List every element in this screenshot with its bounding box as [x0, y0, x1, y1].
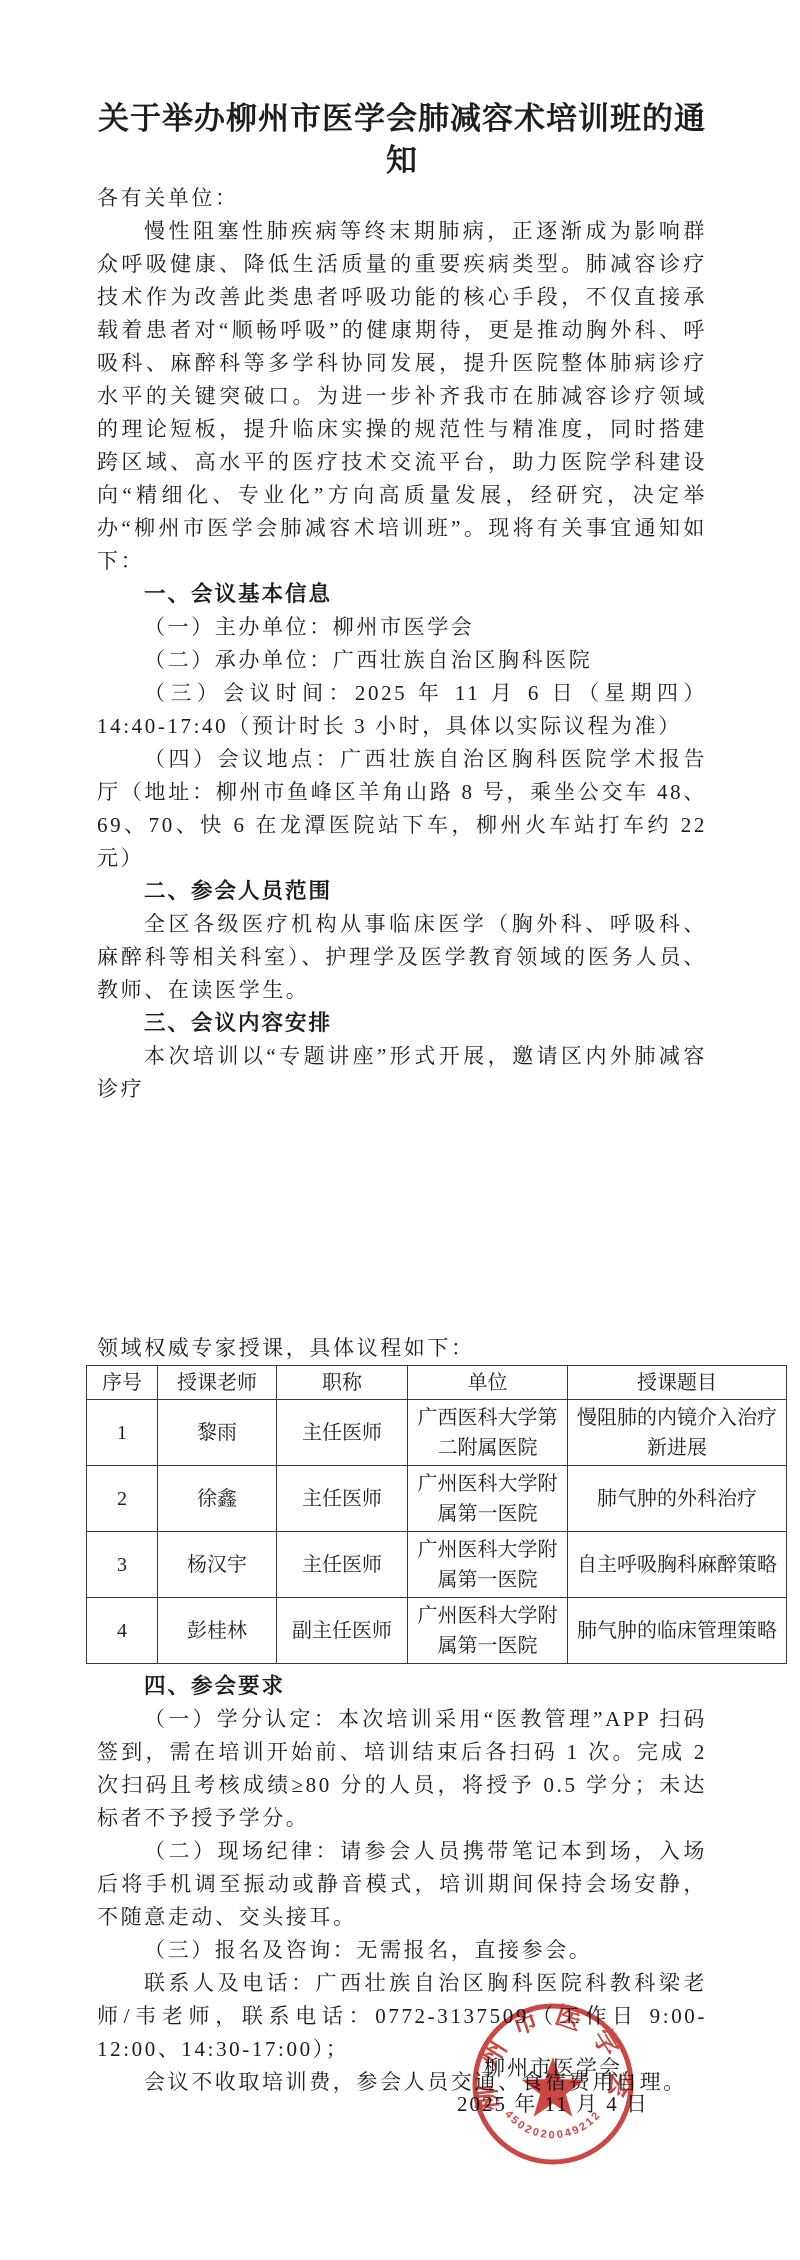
salutation: 各有关单位： [97, 182, 707, 215]
cell-topic: 肺气肿的临床管理策略 [568, 1598, 787, 1664]
meeting-location-item: （四）会议地点：广西壮族自治区胸科医院学术报告厅（地址：柳州市鱼峰区羊角山路 8… [97, 743, 707, 875]
table-row: 4 彭桂林 副主任医师 广州医科大学附属第一医院 肺气肿的临床管理策略 [87, 1598, 787, 1664]
cell-no: 3 [87, 1532, 158, 1598]
cell-topic: 肺气肿的外科治疗 [568, 1466, 787, 1532]
seal-graphic: 柳州市医学会 4502020049212 [468, 1999, 638, 2169]
arrangement-paragraph-page2: 领域权威专家授课，具体议程如下： [97, 1332, 707, 1365]
header-cell-title: 职称 [277, 1366, 408, 1400]
table-row: 3 杨汉宇 主任医师 广州医科大学附属第一医院 自主呼吸胸科麻醉策略 [87, 1532, 787, 1598]
cell-org: 广州医科大学附属第一医院 [408, 1532, 568, 1598]
section-3-heading: 三、会议内容安排 [97, 1007, 707, 1040]
official-seal: 柳州市医学会 4502020049212 [468, 1999, 638, 2169]
star-icon [522, 2057, 585, 2117]
section-1-heading: 一、会议基本信息 [97, 578, 707, 611]
cell-teacher: 徐鑫 [158, 1466, 277, 1532]
header-cell-no: 序号 [87, 1366, 158, 1400]
registration-paragraph: （三）报名及咨询：无需报名，直接参会。 [97, 1934, 707, 1967]
notice-document: 关于举办柳州市医学会肺减容术培训班的通知 各有关单位： 慢性阻塞性肺疾病等终末期… [0, 0, 800, 2260]
cell-org: 广州医科大学附属第一医院 [408, 1598, 568, 1664]
seal-code-text: 4502020049212 [502, 2108, 604, 2141]
document-body: 关于举办柳州市医学会肺减容术培训班的通知 各有关单位： 慢性阻塞性肺疾病等终末期… [0, 0, 800, 2099]
cell-org: 广西医科大学第二附属医院 [408, 1400, 568, 1466]
header-cell-org: 单位 [408, 1366, 568, 1400]
header-cell-topic: 授课题目 [568, 1366, 787, 1400]
section-4-heading: 四、参会要求 [97, 1670, 707, 1703]
cell-teacher: 黎雨 [158, 1400, 277, 1466]
cell-title: 主任医师 [277, 1532, 408, 1598]
cell-no: 1 [87, 1400, 158, 1466]
host-unit-item: （一）主办单位：柳州市医学会 [97, 611, 707, 644]
cell-title: 副主任医师 [277, 1598, 408, 1664]
venue-discipline-paragraph: （二）现场纪律：请参会人员携带笔记本到场，入场后将手机调至振动或静音模式，培训期… [97, 1835, 707, 1934]
cell-topic: 慢阻肺的内镜介入治疗新进展 [568, 1400, 787, 1466]
agenda-table: 序号 授课老师 职称 单位 授课题目 1 黎雨 主任医师 广西医科大学第二附属医… [86, 1365, 787, 1664]
cell-title: 主任医师 [277, 1466, 408, 1532]
arrangement-paragraph-page1: 本次培训以“专题讲座”形式开展，邀请区内外肺减容诊疗 [97, 1040, 707, 1106]
meeting-time-item: （三）会议时间：2025 年 11 月 6 日（星期四）14:40-17:40（… [97, 677, 707, 743]
agenda-header-row: 序号 授课老师 职称 单位 授课题目 [87, 1366, 787, 1400]
table-row: 1 黎雨 主任医师 广西医科大学第二附属医院 慢阻肺的内镜介入治疗新进展 [87, 1400, 787, 1466]
cell-no: 2 [87, 1466, 158, 1532]
cell-teacher: 彭桂林 [158, 1598, 277, 1664]
organizer-unit-item: （二）承办单位：广西壮族自治区胸科医院 [97, 644, 707, 677]
page-break-gap [97, 1106, 707, 1332]
page-title: 关于举办柳州市医学会肺减容术培训班的通知 [97, 0, 707, 182]
credit-recognition-paragraph: （一）学分认定：本次培训采用“医教管理”APP 扫码签到，需在培训开始前、培训结… [97, 1703, 707, 1835]
table-row: 2 徐鑫 主任医师 广州医科大学附属第一医院 肺气肿的外科治疗 [87, 1466, 787, 1532]
attendees-paragraph: 全区各级医疗机构从事临床医学（胸外科、呼吸科、麻醉科等相关科室）、护理学及医学教… [97, 908, 707, 1007]
header-cell-teacher: 授课老师 [158, 1366, 277, 1400]
cell-topic: 自主呼吸胸科麻醉策略 [568, 1532, 787, 1598]
intro-paragraph: 慢性阻塞性肺疾病等终末期肺病，正逐渐成为影响群众呼吸健康、降低生活质量的重要疾病… [97, 215, 707, 578]
cell-org: 广州医科大学附属第一医院 [408, 1466, 568, 1532]
cell-title: 主任医师 [277, 1400, 408, 1466]
cell-teacher: 杨汉宇 [158, 1532, 277, 1598]
cell-no: 4 [87, 1598, 158, 1664]
section-2-heading: 二、参会人员范围 [97, 875, 707, 908]
